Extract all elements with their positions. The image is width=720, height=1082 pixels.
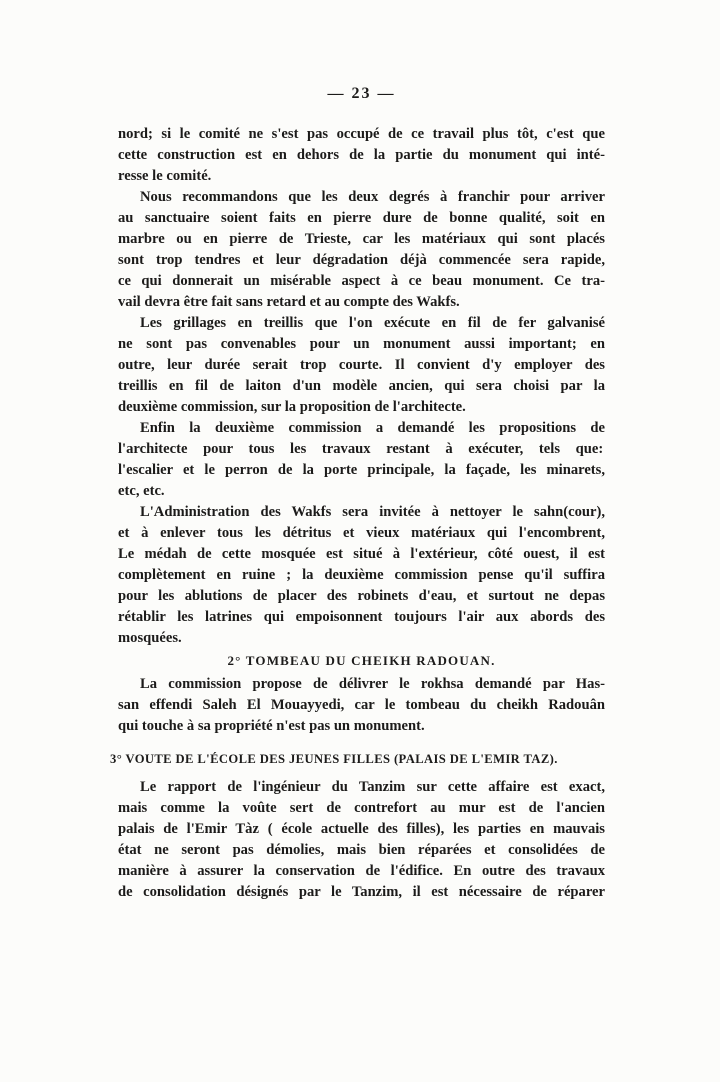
text-line: ne sont pas convenables pour un monument… [118,334,605,355]
text-line: Les grillages en treillis que l'on exécu… [118,313,605,334]
text-line: de consolidation désignés par le Tanzim,… [118,882,605,903]
paragraph: Nous recommandons que les deux degrés à … [118,187,605,313]
page-number: — 23 — [118,84,605,104]
paragraph: La commission propose de délivrer le rok… [118,674,605,737]
section-heading-tombeau: 2° TOMBEAU DU CHEIKH RADOUAN. [118,650,605,671]
text-line: palais de l'Emir Tàz ( école actuelle de… [118,819,605,840]
text-line: au sanctuaire soient faits en pierre dur… [118,208,605,229]
text-line: deuxième commission, sur la proposition … [118,397,605,418]
page-body: nord; si le comité ne s'est pas occupé d… [118,124,605,903]
text-line: l'escalier et le perron de la porte prin… [118,460,605,481]
text-line: vail devra être fait sans retard et au c… [118,292,605,313]
text-line: Le rapport de l'ingénieur du Tanzim sur … [118,777,605,798]
text-line: Enfin la deuxième commission a demandé l… [118,418,605,439]
text-line: La commission propose de délivrer le rok… [118,674,605,695]
text-line: marbre ou en pierre de Trieste, car les … [118,229,605,250]
text-line: Nous recommandons que les deux degrés à … [118,187,605,208]
text-line: état ne seront pas démolies, mais bien r… [118,840,605,861]
text-line: Le médah de cette mosquée est situé à l'… [118,544,605,565]
text-line: l'architecte pour tous les travaux resta… [118,439,605,460]
text-line: L'Administration des Wakfs sera invitée … [118,502,605,523]
text-line: qui touche à sa propriété n'est pas un m… [118,716,605,737]
text-line: ce qui donnerait un misérable aspect à c… [118,271,605,292]
text-line: treillis en fil de laiton d'un modèle an… [118,376,605,397]
text-line: complètement en ruine ; la deuxième comm… [118,565,605,586]
text-line: manière à assurer la conservation de l'é… [118,861,605,882]
paragraph: Le rapport de l'ingénieur du Tanzim sur … [118,777,605,903]
text-line: resse le comité. [118,166,605,187]
text-line: outre, leur durée serait trop courte. Il… [118,355,605,376]
text-line: sont trop tendres et leur dégradation dé… [118,250,605,271]
scanned-page: — 23 — nord; si le comité ne s'est pas o… [0,0,720,1082]
text-line: mosquées. [118,628,605,649]
text-line: mais comme la voûte sert de contrefort a… [118,798,605,819]
section-heading-voute: 3° VOUTE DE L'ÉCOLE DES JEUNES FILLES (P… [110,750,605,768]
paragraph: Les grillages en treillis que l'on exécu… [118,313,605,418]
text-line: nord; si le comité ne s'est pas occupé d… [118,124,605,145]
text-line: rétablir les latrines qui empoisonnent t… [118,607,605,628]
paragraph: L'Administration des Wakfs sera invitée … [118,502,605,649]
text-line: cette construction est en dehors de la p… [118,145,605,166]
paragraph: Enfin la deuxième commission a demandé l… [118,418,605,502]
paragraph: nord; si le comité ne s'est pas occupé d… [118,124,605,187]
text-line: etc, etc. [118,481,605,502]
text-line: san effendi Saleh El Mouayyedi, car le t… [118,695,605,716]
text-line: pour les ablutions de placer des robinet… [118,586,605,607]
text-line: et à enlever tous les détritus et vieux … [118,523,605,544]
